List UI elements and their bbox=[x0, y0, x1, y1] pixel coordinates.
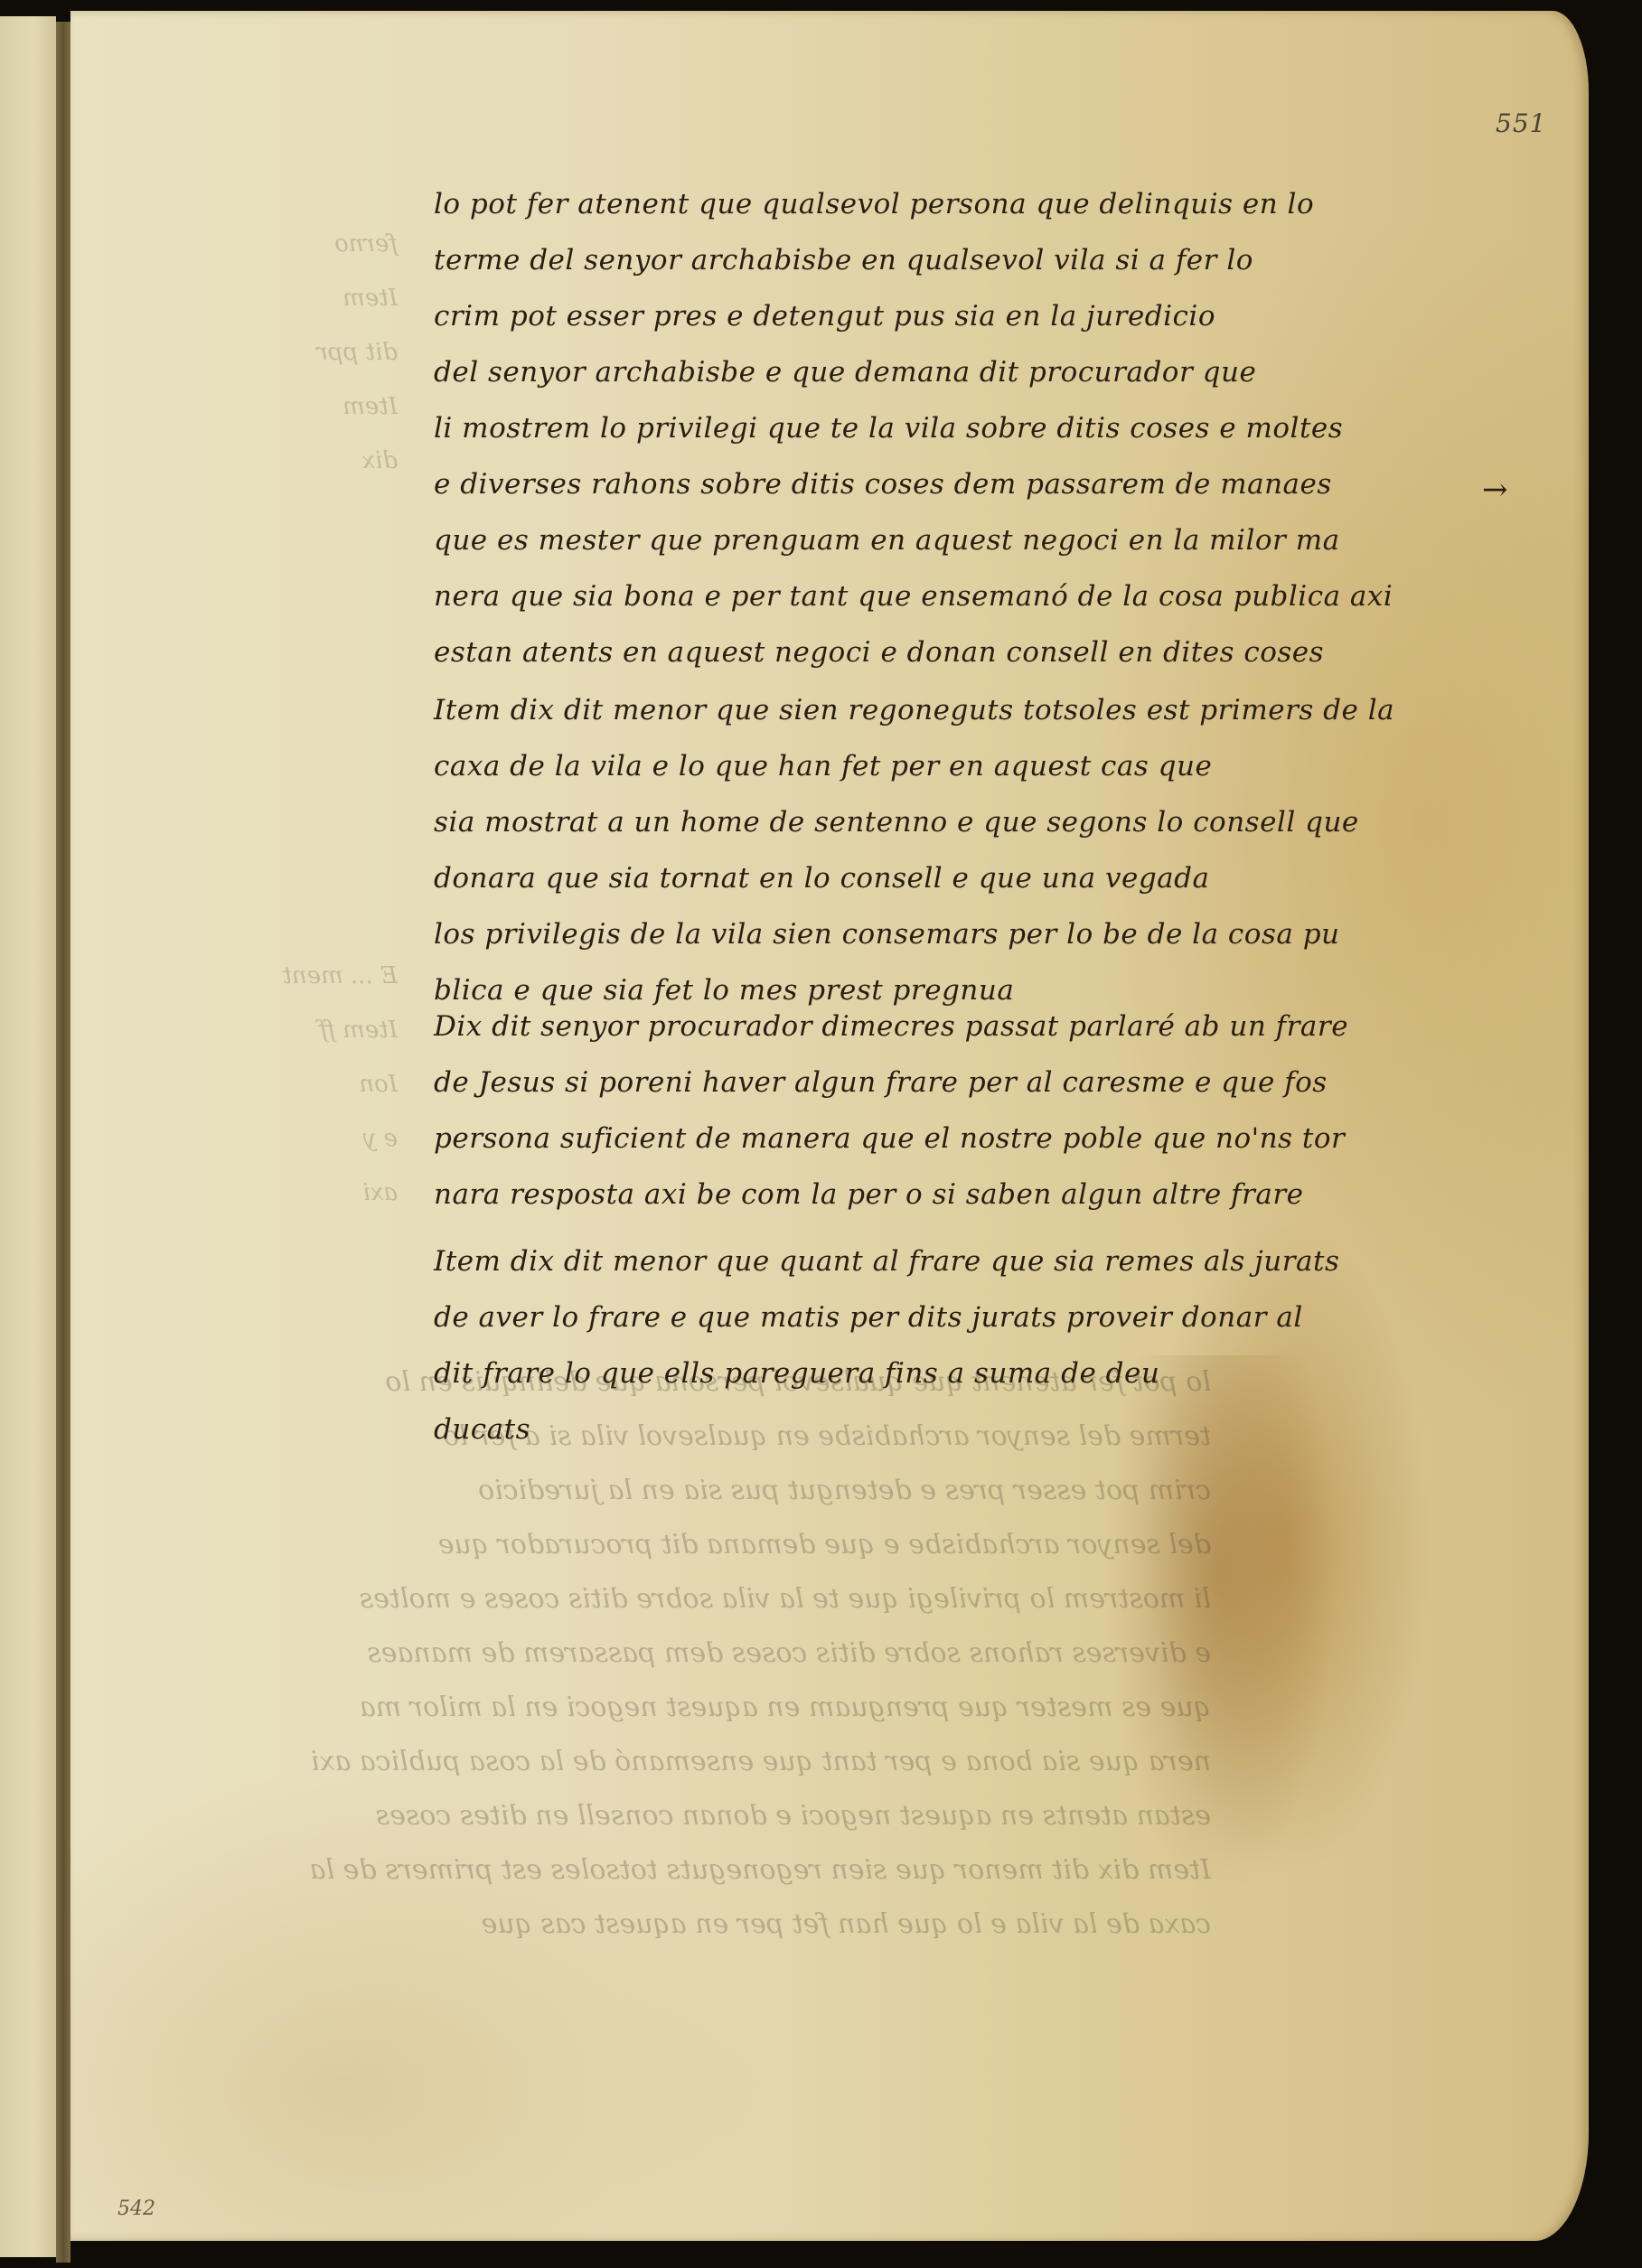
text-line: Dix dit senyor procurador dimecres passa… bbox=[434, 998, 1545, 1054]
text-line: e diverses rahons sobre ditis coses dem … bbox=[434, 456, 1545, 512]
bleed-through-left-margin-lower: E ... ment Item ff Ion e y axi bbox=[199, 949, 398, 1328]
text-line: del senyor archabisbe e que demana dit p… bbox=[434, 344, 1545, 400]
text-line: caxa de la vila e lo que han fet per en … bbox=[434, 738, 1545, 794]
text-line: nara resposta axi be com la per o si sab… bbox=[434, 1167, 1545, 1223]
text-line: ducats bbox=[434, 1401, 1545, 1457]
bleed-through-left-margin: ferno Item dit ppr Item dix bbox=[199, 217, 398, 488]
old-folio-number: 542 bbox=[117, 2198, 155, 2220]
text-line: los privilegis de la vila sien consemars… bbox=[434, 906, 1545, 962]
text-line: persona suficient de manera que el nostr… bbox=[434, 1111, 1545, 1167]
text-line: terme del senyor archabisbe en qualsevol… bbox=[434, 232, 1545, 288]
text-line: Item dix dit menor que quant al frare qu… bbox=[434, 1233, 1545, 1289]
text-line: nera que sia bona e per tant que enseman… bbox=[434, 568, 1545, 624]
text-line: donara que sia tornat en lo consell e qu… bbox=[434, 850, 1545, 906]
paragraph-1: lo pot fer atenent que qualsevol persona… bbox=[434, 176, 1545, 680]
text-line: dit frare lo que ells pareguera fins a s… bbox=[434, 1345, 1545, 1401]
paragraph-2: Item dix dit menor que sien regoneguts t… bbox=[434, 682, 1545, 1018]
text-line: de Jesus si poreni haver algun frare per… bbox=[434, 1054, 1545, 1111]
text-line: de aver lo frare e que matis per dits ju… bbox=[434, 1289, 1545, 1345]
text-line: crim pot esser pres e detengut pus sia e… bbox=[434, 288, 1545, 344]
paragraph-3: Dix dit senyor procurador dimecres passa… bbox=[434, 998, 1545, 1223]
text-line: que es mester que prenguam en aquest neg… bbox=[434, 512, 1545, 568]
text-line: lo pot fer atenent que qualsevol persona… bbox=[434, 176, 1545, 232]
paragraph-4: Item dix dit menor que quant al frare qu… bbox=[434, 1233, 1545, 1457]
facing-page-edge bbox=[0, 16, 56, 2257]
text-line: Item dix dit menor que sien regoneguts t… bbox=[434, 682, 1545, 738]
binding-gutter bbox=[56, 22, 70, 2263]
folio-number: 551 bbox=[1496, 108, 1546, 138]
text-line: li mostrem lo privilegi que te la vila s… bbox=[434, 400, 1545, 456]
margin-arrow-icon: → bbox=[1482, 472, 1508, 508]
text-line: estan atents en aquest negoci e donan co… bbox=[434, 624, 1545, 680]
text-line: sia mostrat a un home de sentenno e que … bbox=[434, 794, 1545, 850]
